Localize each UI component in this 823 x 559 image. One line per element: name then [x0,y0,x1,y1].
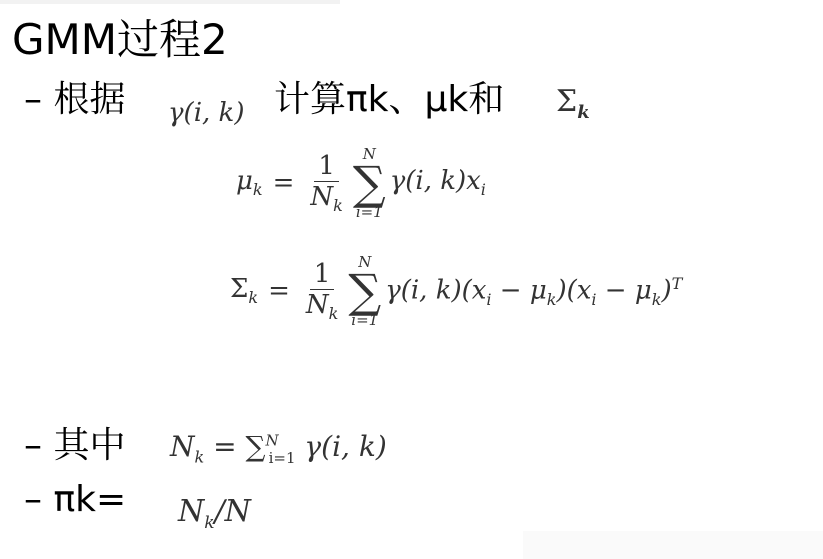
gamma-inline: γ(i, k) [168,98,244,128]
slide-title: GMM过程2 [12,14,228,66]
bullet-text: πk= [53,479,126,520]
bullet-1-text-after: 计算πk、μk和 [274,78,504,122]
corner-patch [523,531,823,559]
bullet-2: – 其中 [24,424,125,468]
pik-formula: Nk/N [178,494,251,533]
bullet-text: 其中 [53,425,125,466]
equation-mu: μk = 1Nk N∑i=1 γ(i, k)xi [236,146,486,220]
bullet-dash: – [24,79,42,120]
sigma-k-inline: Σk [556,84,590,123]
bullet-text: 根据 [53,79,125,120]
bullet-3: – πk= [24,478,126,522]
nk-definition: Nk = ∑Ni=1 γ(i, k) [170,430,387,467]
top-strip [0,0,340,4]
equation-sigma: Σk = 1Nk N∑i=1 γ(i, k)(xi − μk)(xi − μk)… [230,254,682,328]
bullet-1: – 根据 [24,78,125,122]
